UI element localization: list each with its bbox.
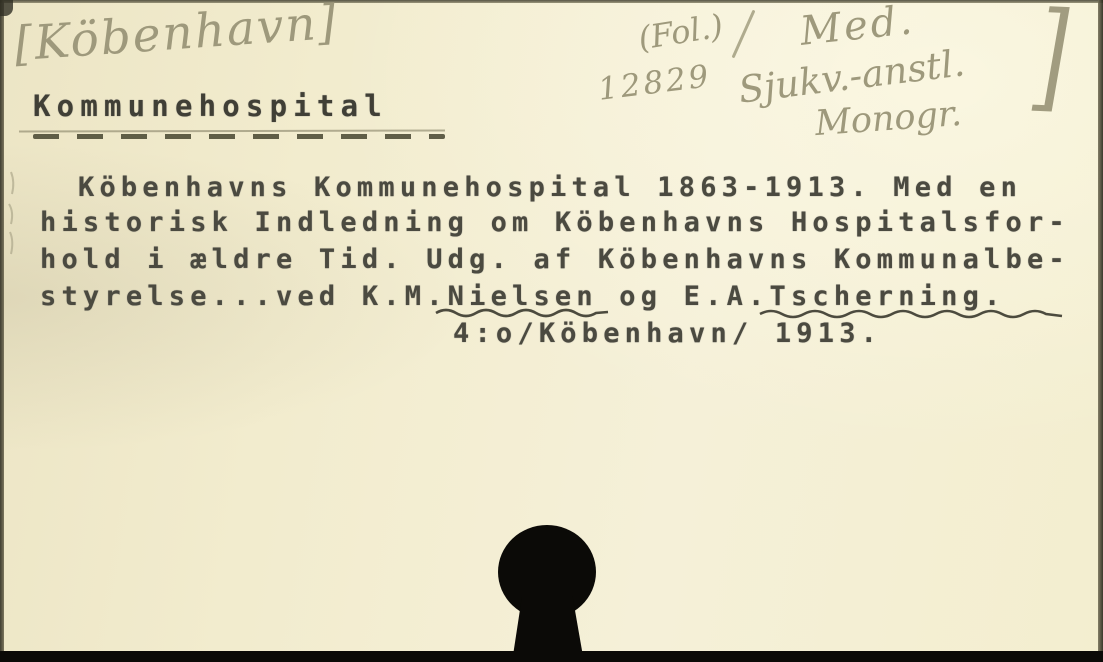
handwritten-closing-bracket: ] — [1032, 0, 1070, 115]
pencil-stroke-mark — [732, 10, 756, 59]
handwritten-accession-number: 12829 — [597, 61, 714, 106]
card-bottom-edge — [0, 651, 1103, 662]
heading-underline — [19, 129, 445, 132]
handwritten-subject-note: Med. — [798, 0, 917, 52]
pencil-margin-marks — [3, 168, 23, 268]
wavy-underline-tscherning — [760, 306, 1062, 322]
card-right-edge — [1098, 0, 1103, 662]
catalog-card: [Köbenhavn] (Fol.) Med. 12829 Sjukv.-ans… — [0, 0, 1103, 662]
body-line: historisk Indledning om Köbenhavns Hospi… — [40, 209, 1070, 236]
card-left-edge — [0, 0, 4, 662]
card-corner-shadow — [0, 0, 13, 16]
card-heading: Kommunehospital — [33, 92, 388, 121]
card-top-edge — [0, 0, 1103, 3]
handwritten-genre-note: Monogr. — [814, 97, 963, 142]
handwritten-place-annotation: [Köbenhavn] — [13, 0, 340, 68]
body-line: Köbenhavns Kommunehospital 1863-1913. Me… — [78, 174, 1022, 201]
heading-dashed-underline — [33, 134, 445, 139]
body-line: hold i ældre Tid. Udg. af Köbenhavns Kom… — [40, 246, 1070, 273]
wavy-underline-nielsen — [436, 306, 608, 320]
body-line: 4:o/Köbenhavn/ 1913. — [453, 320, 882, 347]
handwritten-format-note: (Fol.) — [636, 10, 725, 55]
